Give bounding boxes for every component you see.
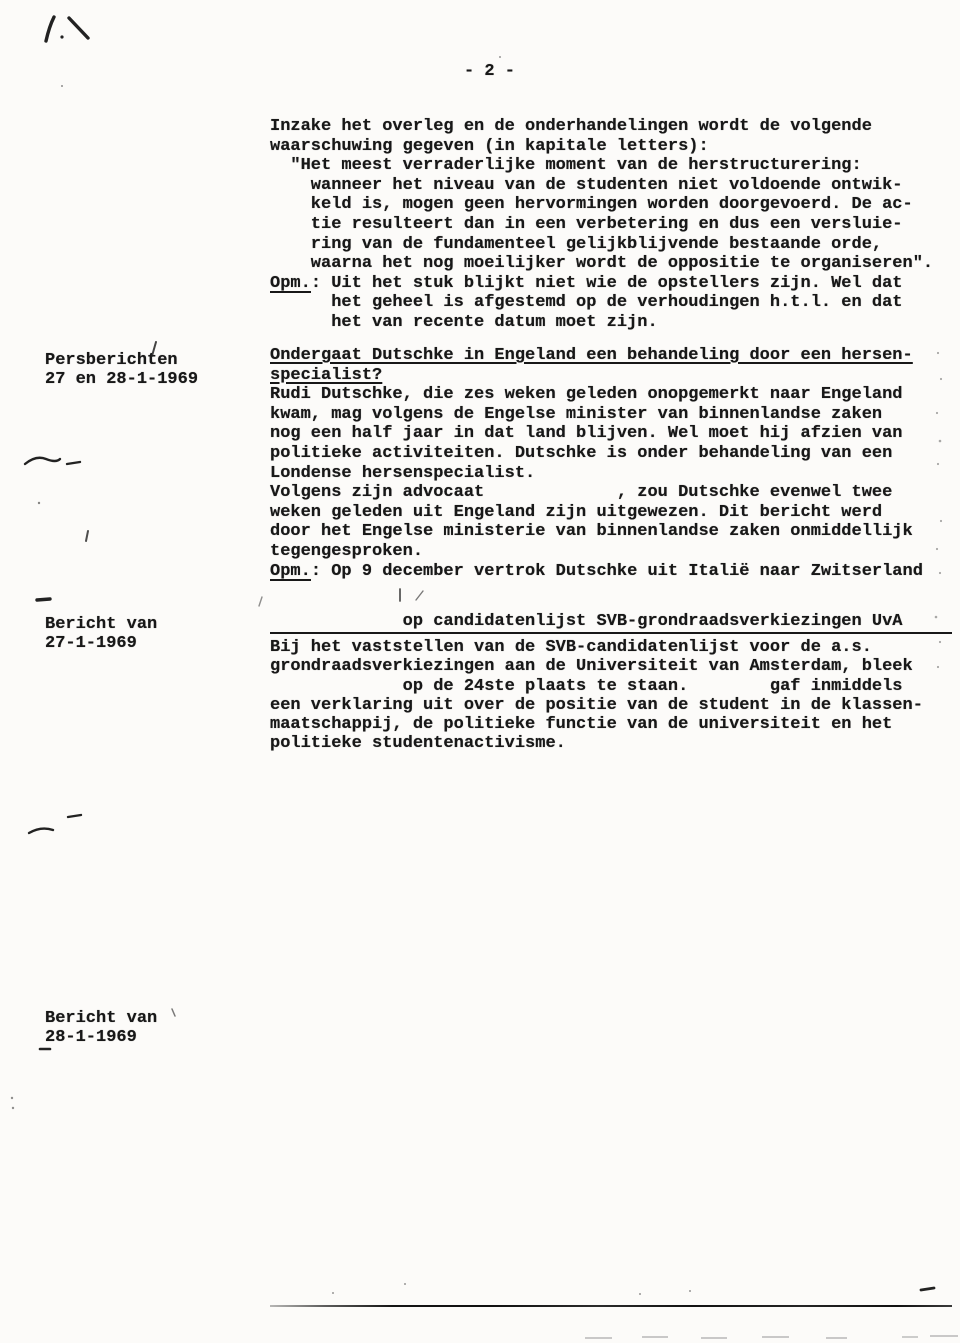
scan-noise-dots xyxy=(332,56,691,1295)
scanned-document-page: - 2 - Inzake het overleg en de onderhand… xyxy=(0,0,960,1343)
handwritten-marks-overlay xyxy=(0,0,960,1343)
pen-marks xyxy=(11,17,934,1290)
right-margin-specks xyxy=(935,352,942,668)
bottom-faint-dashes xyxy=(585,1336,958,1338)
